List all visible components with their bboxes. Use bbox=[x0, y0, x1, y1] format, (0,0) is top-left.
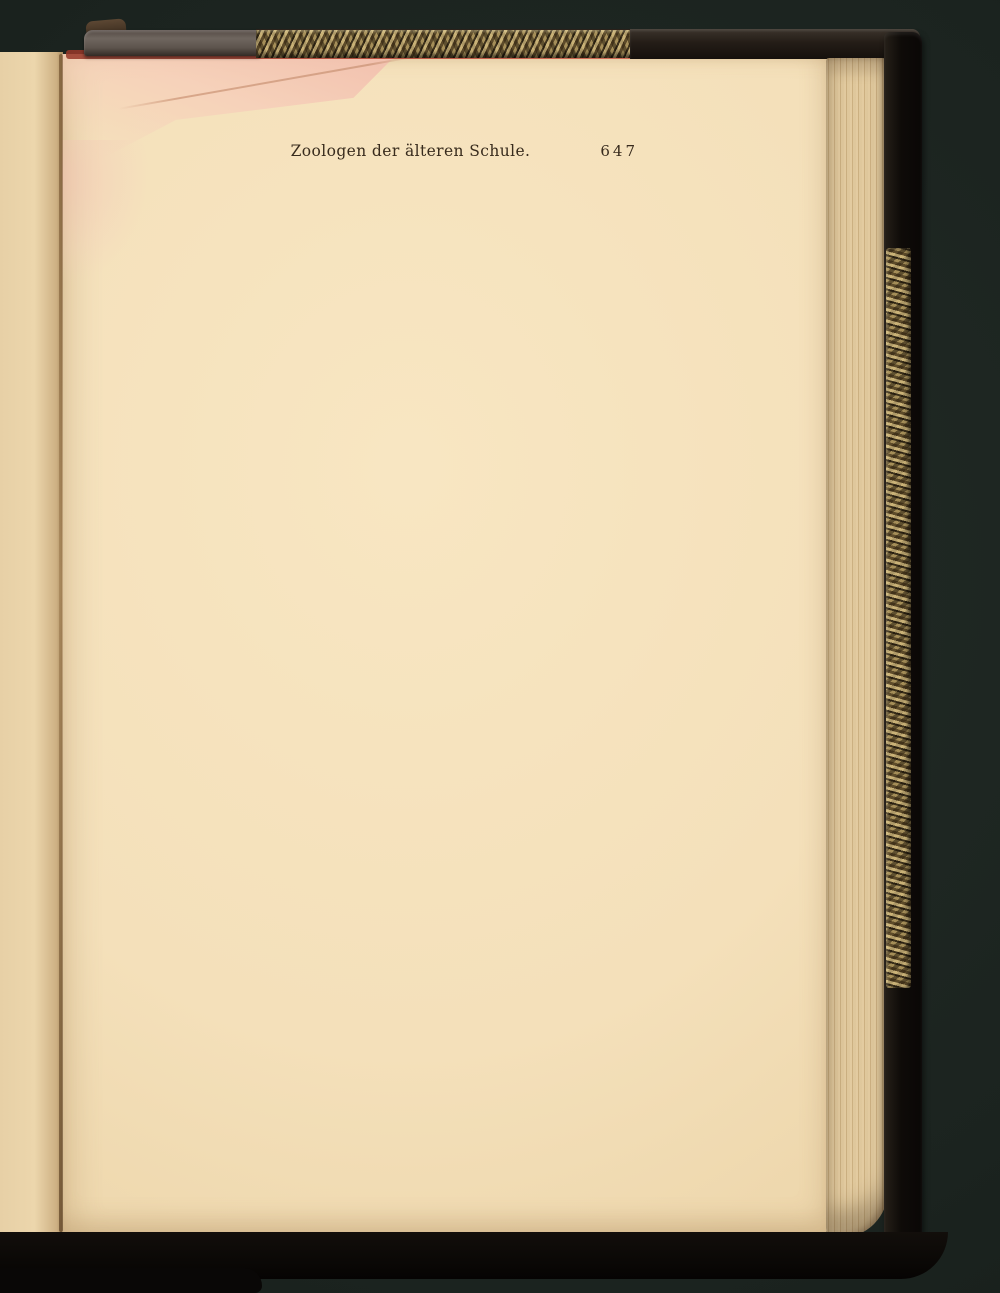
fore-edge-pages bbox=[826, 58, 888, 1238]
running-header: Zoologen der älteren Schule. 647 bbox=[147, 140, 674, 188]
spine-headcap bbox=[84, 30, 260, 56]
gutter-crease bbox=[59, 54, 63, 1232]
bottom-cover-corner bbox=[0, 1268, 262, 1293]
book-photo: Zoologen der älteren Schule. 647 Joh. Mü… bbox=[0, 0, 1000, 1293]
left-page-edge bbox=[0, 52, 63, 1235]
page-number: 647 bbox=[600, 142, 638, 160]
header-title: Zoologen der älteren Schule. bbox=[147, 142, 674, 160]
top-cover-edge bbox=[630, 29, 920, 59]
marbled-right-edge bbox=[886, 248, 911, 988]
marbled-top-edge bbox=[256, 29, 634, 58]
